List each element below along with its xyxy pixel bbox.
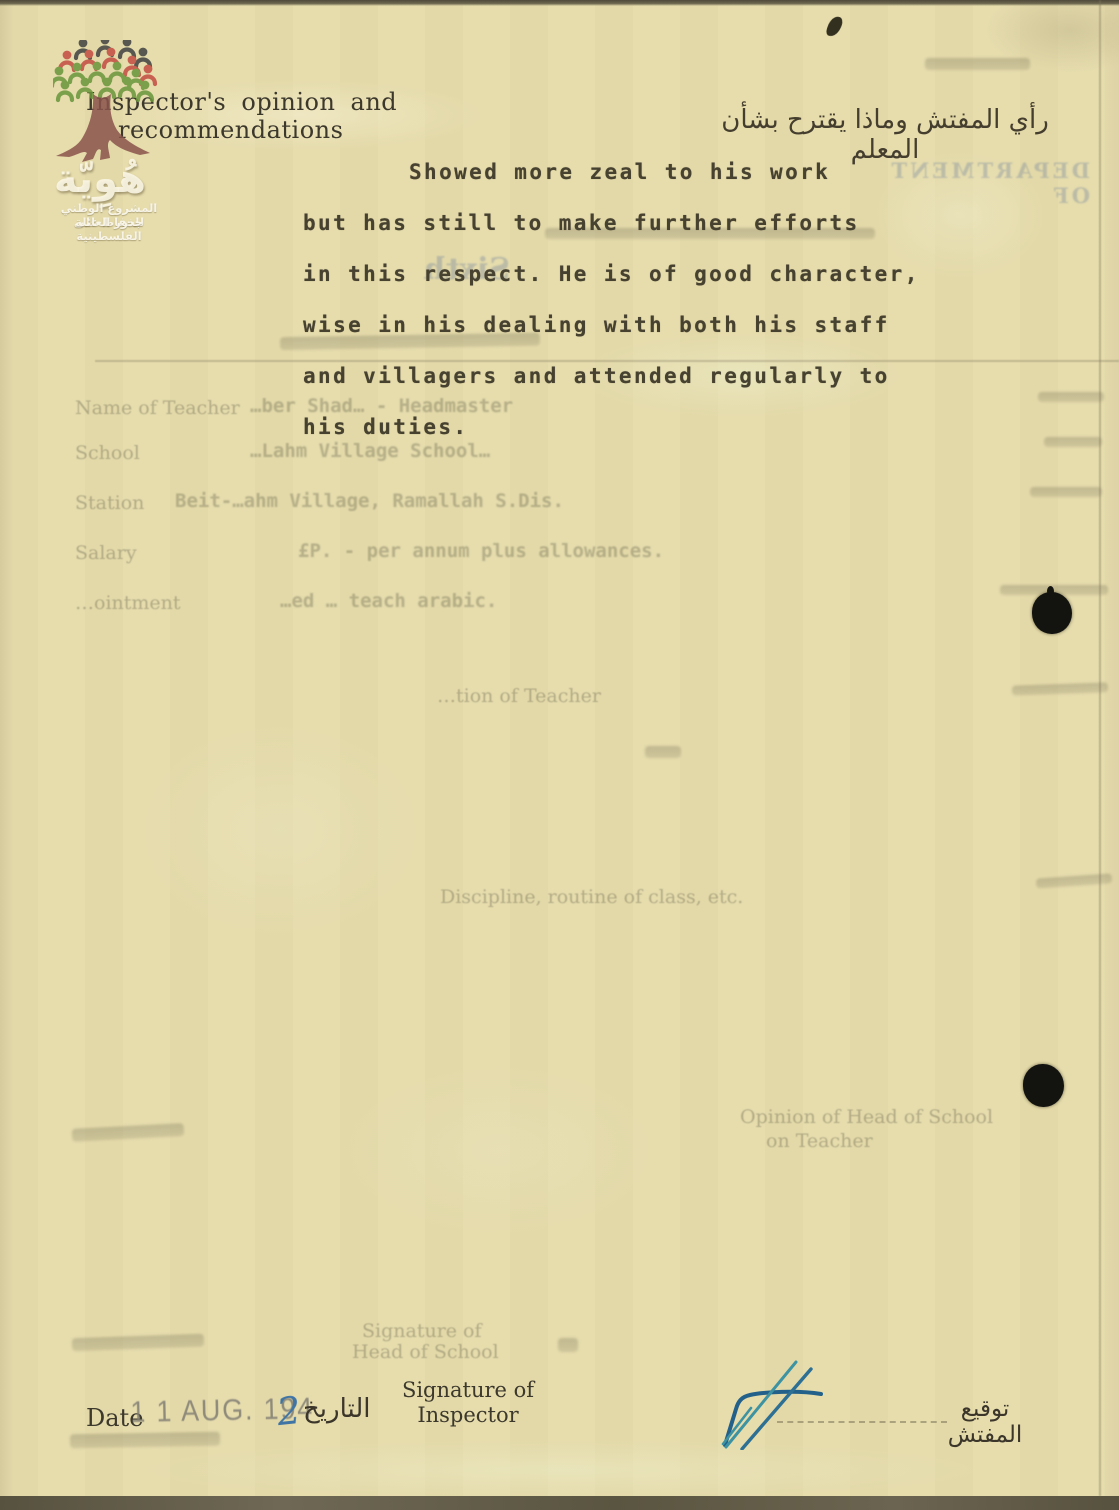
remark-line: Showed more zeal to his work [303,147,963,198]
bleed-smudge [925,58,1030,70]
bleed-handwriting-smudge [72,1123,185,1142]
bleed-section-label: Signature of [362,1320,482,1342]
bleed-section-label: on Teacher [766,1130,873,1152]
bleed-smudge [558,1338,578,1352]
scan-edge-top [0,0,1119,6]
inspector-remarks: Showed more zeal to his work but has sti… [303,147,963,453]
bleed-arabic-smudge [1044,437,1102,447]
punch-hole-bottom [1023,1064,1064,1107]
remark-line: but has still to make further efforts [303,198,963,249]
bleed-handwriting-smudge [72,1334,204,1352]
bleed-section-label: …tion of Teacher [437,685,601,707]
ink-blot [825,15,844,39]
bleed-row-label: School [75,442,140,464]
punch-hole-tear [1047,586,1054,596]
bleed-smudge [645,746,681,758]
remark-line: in this respect. He is of good character… [303,249,963,300]
logo-calligraphy: هُوِيّة [66,156,146,202]
logo-org-line2: جذور العائلة الفلسطينية [46,215,172,243]
bleed-arabic-smudge [1038,392,1104,402]
bleed-arabic-smudge [1030,487,1102,497]
remark-line: his duties. [303,402,963,453]
signature-line [777,1421,947,1423]
bleed-row-value: …ed … teach arabic. [280,590,497,612]
bleed-row-label: Salary [75,542,137,564]
bleed-section-label: Discipline, routine of class, etc. [440,886,743,908]
bleed-row-label: Station [75,492,144,514]
stamp-residue [70,1432,220,1449]
signature-label-line2: Inspector [398,1403,538,1427]
bleed-row-value: £P. - per annum plus allowances. [298,540,664,562]
inspector-signature [702,1350,842,1450]
date-label-arabic: التاريخ [303,1394,371,1424]
paper-crease [1099,0,1101,1496]
remark-line: and villagers and attended regularly to [303,351,963,402]
bleed-row-value: Beit-…ahm Village, Ramallah S.Dis. [175,490,564,512]
bleed-section-label: Opinion of Head of School [740,1106,993,1128]
canopy-people [53,40,155,100]
punch-hole-top [1032,592,1072,634]
bleed-row-label: Name of Teacher [75,397,240,419]
remark-line: wise in his dealing with both his staff [303,300,963,351]
bleed-arabic-smudge [1012,682,1108,695]
signature-label-line1: Signature of [398,1378,538,1402]
scan-edge-bottom [0,1496,1119,1510]
date-stamp-year-digit: 2 [275,1389,303,1434]
huwiyya-logo-tree [53,40,171,164]
trunk-and-roots [56,94,150,162]
bleed-row-label: …ointment [75,592,181,614]
signature-label-arabic: توقيع المفتش [930,1396,1040,1448]
bleed-section-label: Head of School [352,1341,499,1363]
scanned-document: DEPARTMENT OF Sixth Name of Teacher …ber… [0,0,1119,1510]
